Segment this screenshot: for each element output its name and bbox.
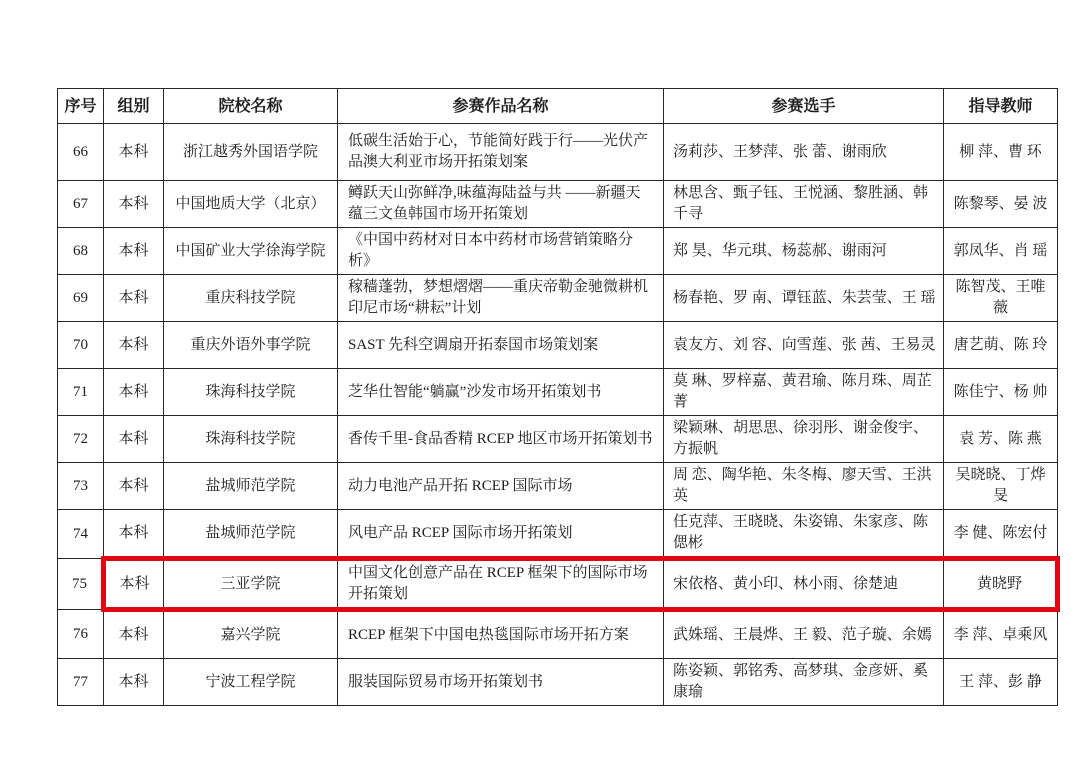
col-header-group: 组别 <box>104 89 164 124</box>
cell-group: 本科 <box>104 416 164 463</box>
cell-work: 动力电池产品开拓 RCEP 国际市场 <box>338 463 664 510</box>
cell-group: 本科 <box>104 322 164 369</box>
table-row-76: 76 本科 嘉兴学院 RCEP 框架下中国电热毯国际市场开拓方案 武姝瑶、王晨烨… <box>58 610 1058 659</box>
cell-group: 本科 <box>104 181 164 228</box>
cell-school: 中国地质大学（北京） <box>164 181 338 228</box>
cell-work: 香传千里-食品香精 RCEP 地区市场开拓策划书 <box>338 416 664 463</box>
cell-teachers: 黄晓野 <box>944 559 1058 610</box>
cell-group: 本科 <box>104 228 164 275</box>
cell-teachers: 郭凤华、肖 瑶 <box>944 228 1058 275</box>
table-row-66: 66 本科 浙江越秀外国语学院 低碳生活始于心，节能简好践于行——光伏产品澳大利… <box>58 124 1058 181</box>
cell-players: 宋依格、黄小印、林小雨、徐楚迪 <box>664 559 944 610</box>
table-row-70: 70 本科 重庆外语外事学院 SAST 先科空调扇开拓泰国市场策划案 袁友方、刘… <box>58 322 1058 369</box>
col-header-work: 参赛作品名称 <box>338 89 664 124</box>
cell-work: 低碳生活始于心，节能简好践于行——光伏产品澳大利亚市场开拓策划案 <box>338 124 664 181</box>
cell-group: 本科 <box>104 124 164 181</box>
cell-work: 服装国际贸易市场开拓策划书 <box>338 659 664 706</box>
cell-players: 陈姿颖、郭铭秀、高梦琪、金彦妍、奚康瑜 <box>664 659 944 706</box>
cell-teachers: 陈智茂、王唯薇 <box>944 275 1058 322</box>
table-row-77: 77 本科 宁波工程学院 服装国际贸易市场开拓策划书 陈姿颖、郭铭秀、高梦琪、金… <box>58 659 1058 706</box>
cell-players: 莫 琳、罗梓嘉、黄君瑜、陈月珠、周芷菁 <box>664 369 944 416</box>
cell-school: 宁波工程学院 <box>164 659 338 706</box>
cell-no: 66 <box>58 124 104 181</box>
cell-no: 70 <box>58 322 104 369</box>
cell-work: 《中国中药材对日本中药材市场营销策略分析》 <box>338 228 664 275</box>
cell-players: 林思含、甄子钰、王悦涵、黎胜涵、韩千寻 <box>664 181 944 228</box>
cell-players: 任克萍、王晓晓、朱姿锦、朱家彦、陈偲彬 <box>664 510 944 559</box>
cell-work: 稼穑蓬勃，梦想熠熠——重庆帝勒金驰微耕机印尼市场“耕耘”计划 <box>338 275 664 322</box>
cell-players: 汤莉莎、王梦萍、张 蕾、谢雨欣 <box>664 124 944 181</box>
table-row-71: 71 本科 珠海科技学院 芝华仕智能“躺赢”沙发市场开拓策划书 莫 琳、罗梓嘉、… <box>58 369 1058 416</box>
cell-teachers: 吴晓晓、丁烨旻 <box>944 463 1058 510</box>
cell-teachers: 袁 芳、陈 燕 <box>944 416 1058 463</box>
table-row-72: 72 本科 珠海科技学院 香传千里-食品香精 RCEP 地区市场开拓策划书 梁颖… <box>58 416 1058 463</box>
cell-teachers: 王 萍、彭 静 <box>944 659 1058 706</box>
cell-players: 梁颖琳、胡思思、徐羽彤、谢金俊宇、方振帆 <box>664 416 944 463</box>
col-header-teachers: 指导教师 <box>944 89 1058 124</box>
cell-school: 珠海科技学院 <box>164 369 338 416</box>
cell-players: 郑 昊、华元琪、杨蕊郝、谢雨河 <box>664 228 944 275</box>
cell-teachers: 李 萍、卓乘风 <box>944 610 1058 659</box>
cell-school: 重庆外语外事学院 <box>164 322 338 369</box>
cell-group: 本科 <box>104 659 164 706</box>
table-row-67: 67 本科 中国地质大学（北京） 鳟跃天山弥鲜净,味蕴海陆益与共 ——新疆天蕴三… <box>58 181 1058 228</box>
cell-work: SAST 先科空调扇开拓泰国市场策划案 <box>338 322 664 369</box>
competition-results-table: 序号 组别 院校名称 参赛作品名称 参赛选手 指导教师 66 本科 浙江越秀外国… <box>57 88 1060 706</box>
cell-group: 本科 <box>104 510 164 559</box>
cell-group: 本科 <box>104 369 164 416</box>
col-header-players: 参赛选手 <box>664 89 944 124</box>
cell-group: 本科 <box>104 463 164 510</box>
cell-school: 盐城师范学院 <box>164 510 338 559</box>
cell-school: 三亚学院 <box>164 559 338 610</box>
cell-no: 68 <box>58 228 104 275</box>
cell-work: 芝华仕智能“躺赢”沙发市场开拓策划书 <box>338 369 664 416</box>
cell-teachers: 陈佳宁、杨 帅 <box>944 369 1058 416</box>
cell-no: 77 <box>58 659 104 706</box>
cell-players: 袁友方、刘 容、向雪莲、张 茜、王易灵 <box>664 322 944 369</box>
cell-no: 72 <box>58 416 104 463</box>
cell-teachers: 李 健、陈宏付 <box>944 510 1058 559</box>
cell-no: 76 <box>58 610 104 659</box>
cell-work: RCEP 框架下中国电热毯国际市场开拓方案 <box>338 610 664 659</box>
col-header-school: 院校名称 <box>164 89 338 124</box>
table-row-68: 68 本科 中国矿业大学徐海学院 《中国中药材对日本中药材市场营销策略分析》 郑… <box>58 228 1058 275</box>
cell-no: 73 <box>58 463 104 510</box>
cell-group: 本科 <box>104 610 164 659</box>
table-row-74: 74 本科 盐城师范学院 风电产品 RCEP 国际市场开拓策划 任克萍、王晓晓、… <box>58 510 1058 559</box>
col-header-no: 序号 <box>58 89 104 124</box>
cell-teachers: 柳 萍、曹 环 <box>944 124 1058 181</box>
cell-group: 本科 <box>104 275 164 322</box>
table-header-row: 序号 组别 院校名称 参赛作品名称 参赛选手 指导教师 <box>58 89 1058 124</box>
cell-no: 71 <box>58 369 104 416</box>
cell-no: 69 <box>58 275 104 322</box>
cell-work: 鳟跃天山弥鲜净,味蕴海陆益与共 ——新疆天蕴三文鱼韩国市场开拓策划 <box>338 181 664 228</box>
scanned-document-page: 序号 组别 院校名称 参赛作品名称 参赛选手 指导教师 66 本科 浙江越秀外国… <box>0 0 1080 761</box>
cell-work: 中国文化创意产品在 RCEP 框架下的国际市场开拓策划 <box>338 559 664 610</box>
cell-teachers: 唐艺萌、陈 玲 <box>944 322 1058 369</box>
table-row-73: 73 本科 盐城师范学院 动力电池产品开拓 RCEP 国际市场 周 恋、陶华艳、… <box>58 463 1058 510</box>
cell-players: 周 恋、陶华艳、朱冬梅、廖天雪、王洪英 <box>664 463 944 510</box>
cell-school: 盐城师范学院 <box>164 463 338 510</box>
cell-school: 重庆科技学院 <box>164 275 338 322</box>
cell-no: 67 <box>58 181 104 228</box>
cell-no: 75 <box>58 559 104 610</box>
cell-no: 74 <box>58 510 104 559</box>
cell-school: 嘉兴学院 <box>164 610 338 659</box>
table-row-69: 69 本科 重庆科技学院 稼穑蓬勃，梦想熠熠——重庆帝勒金驰微耕机印尼市场“耕耘… <box>58 275 1058 322</box>
cell-players: 杨春艳、罗 南、谭钰蓝、朱芸莹、王 瑶 <box>664 275 944 322</box>
cell-players: 武姝瑶、王晨烨、王 毅、范子璇、余嫣 <box>664 610 944 659</box>
cell-work: 风电产品 RCEP 国际市场开拓策划 <box>338 510 664 559</box>
cell-school: 珠海科技学院 <box>164 416 338 463</box>
table-row-75-highlighted: 75 本科 三亚学院 中国文化创意产品在 RCEP 框架下的国际市场开拓策划 宋… <box>58 559 1058 610</box>
cell-school: 浙江越秀外国语学院 <box>164 124 338 181</box>
cell-school: 中国矿业大学徐海学院 <box>164 228 338 275</box>
cell-group: 本科 <box>104 559 164 610</box>
cell-teachers: 陈黎琴、晏 波 <box>944 181 1058 228</box>
